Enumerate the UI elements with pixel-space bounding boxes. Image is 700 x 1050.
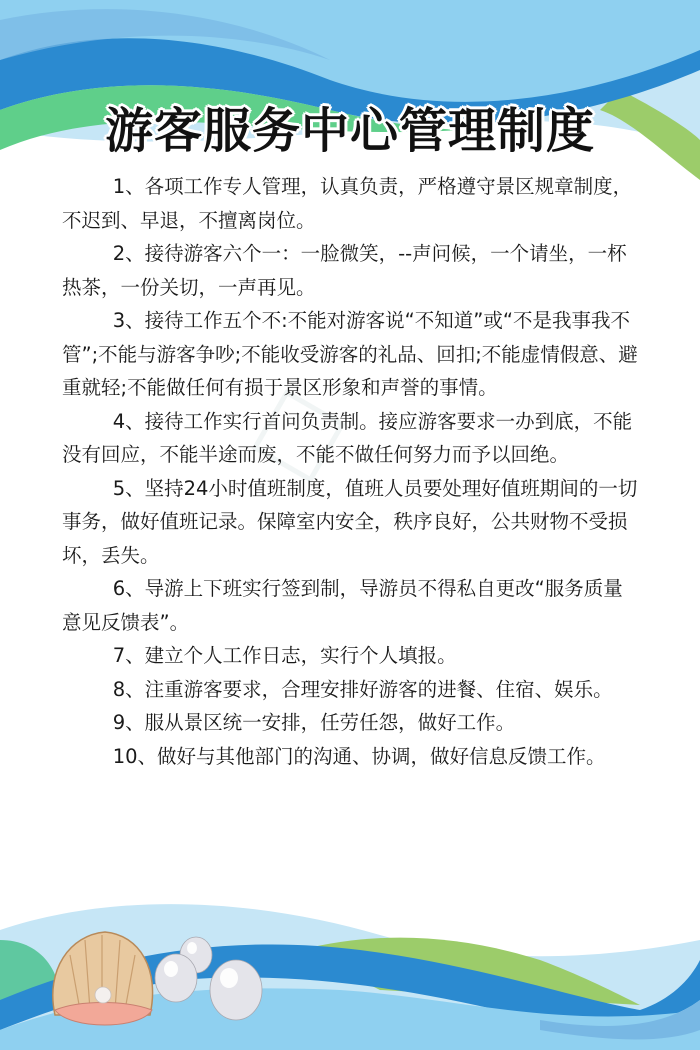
rule-item: 3、接待工作五个不:不能对游客说“不知道”或“不是我事我不管”;不能与游客争吵;… — [62, 304, 642, 405]
rule-item: 10、做好与其他部门的沟通、协调，做好信息反馈工作。 — [62, 740, 642, 774]
rule-item: 6、导游上下班实行签到制，导游员不得私自更改“服务质量意见反馈表”。 — [62, 572, 642, 639]
bottom-wave-decoration — [0, 880, 700, 1050]
rule-item: 1、各项工作专人管理，认真负责，严格遵守景区规章制度，不迟到、早退，不擅离岗位。 — [62, 170, 642, 237]
page-title: 游客服务中心管理制度 — [0, 92, 700, 161]
rules-list: 1、各项工作专人管理，认真负责，严格遵守景区规章制度，不迟到、早退，不擅离岗位。… — [62, 170, 642, 773]
rule-item: 8、注重游客要求，合理安排好游客的进餐、住宿、娱乐。 — [62, 673, 642, 707]
rule-item: 5、坚持24小时值班制度，值班人员要处理好值班期间的一切事务，做好值班记录。保障… — [62, 472, 642, 573]
rule-item: 2、接待游客六个一：一脸微笑，--声问候，一个请坐，一杯热茶，一份关切，一声再见… — [62, 237, 642, 304]
rule-item: 7、建立个人工作日志，实行个人填报。 — [62, 639, 642, 673]
rule-item: 4、接待工作实行首问负责制。接应游客要求一办到底，不能没有回应，不能半途而废，不… — [62, 405, 642, 472]
rule-item: 9、服从景区统一安排，任劳任怨，做好工作。 — [62, 706, 642, 740]
